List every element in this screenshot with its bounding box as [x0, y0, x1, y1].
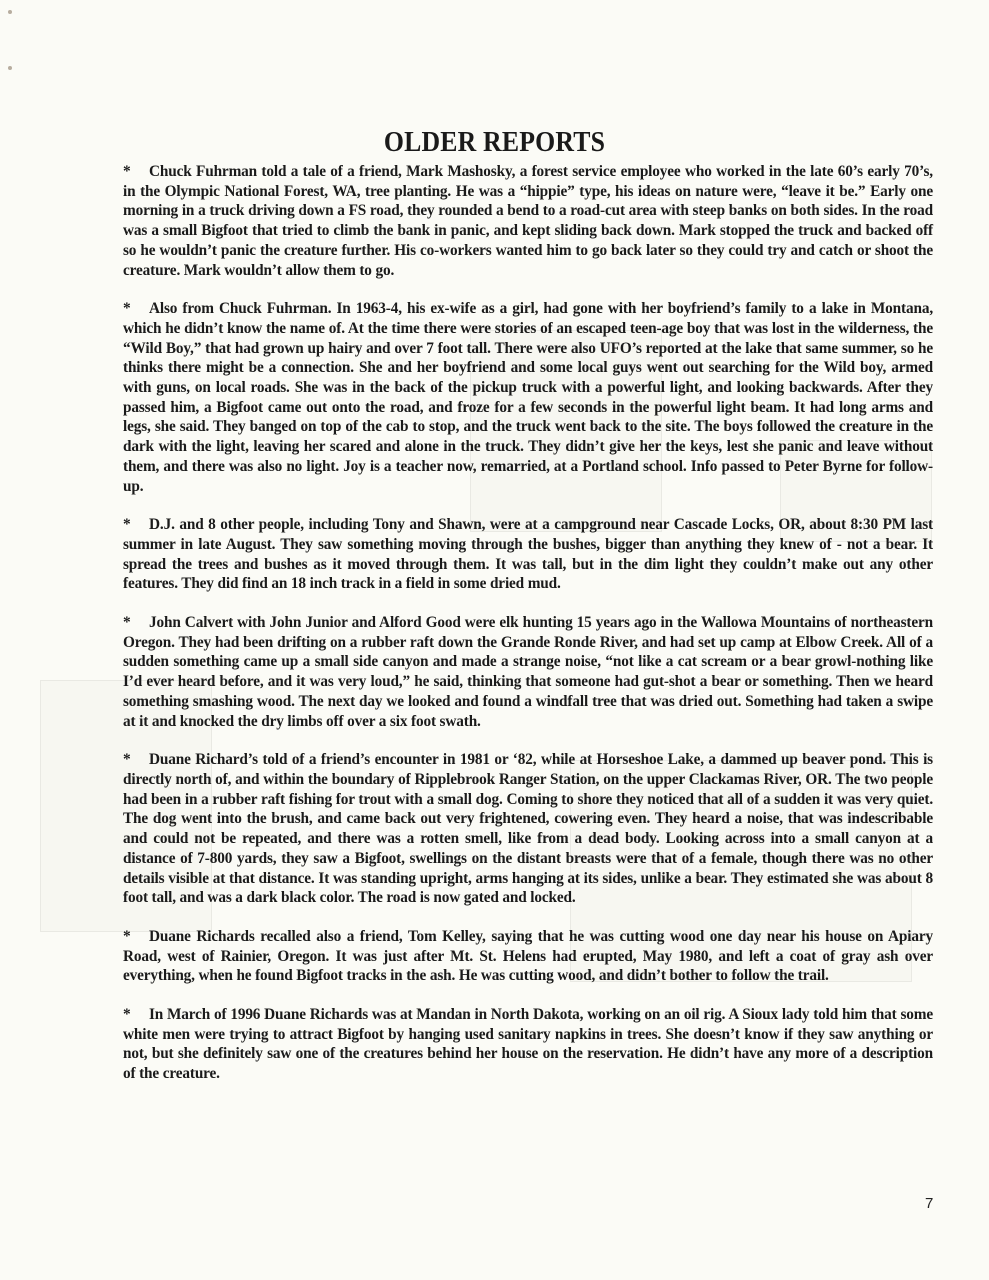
- report-text: John Calvert with John Junior and Alford…: [123, 614, 933, 730]
- report-text: Chuck Fuhrman told a tale of a friend, M…: [123, 163, 933, 279]
- report-paragraph: *Also from Chuck Fuhrman. In 1963-4, his…: [123, 299, 933, 496]
- report-text: Also from Chuck Fuhrman. In 1963-4, his …: [123, 300, 933, 494]
- page-title: OLDER REPORTS: [40, 127, 950, 159]
- report-paragraph: *Duane Richards recalled also a friend, …: [123, 927, 933, 986]
- report-text: Duane Richards recalled also a friend, T…: [123, 928, 933, 984]
- report-paragraph: *In March of 1996 Duane Richards was at …: [123, 1005, 933, 1084]
- bullet-asterisk: *: [123, 927, 149, 947]
- bullet-asterisk: *: [123, 299, 149, 319]
- scan-speck: [8, 10, 12, 14]
- page-number: 7: [925, 1195, 933, 1212]
- report-paragraph: *Chuck Fuhrman told a tale of a friend, …: [123, 162, 933, 280]
- report-paragraph: *D.J. and 8 other people, including Tony…: [123, 515, 933, 594]
- report-paragraph: *Duane Richard’s told of a friend’s enco…: [123, 750, 933, 908]
- scan-speck: [8, 66, 12, 70]
- report-text: In March of 1996 Duane Richards was at M…: [123, 1006, 933, 1082]
- bullet-asterisk: *: [123, 613, 149, 633]
- bullet-asterisk: *: [123, 515, 149, 535]
- report-text: D.J. and 8 other people, including Tony …: [123, 516, 933, 592]
- reports-list: *Chuck Fuhrman told a tale of a friend, …: [123, 162, 933, 1103]
- bullet-asterisk: *: [123, 1005, 149, 1025]
- report-text: Duane Richard’s told of a friend’s encou…: [123, 751, 933, 906]
- bullet-asterisk: *: [123, 750, 149, 770]
- bullet-asterisk: *: [123, 162, 149, 182]
- report-paragraph: *John Calvert with John Junior and Alfor…: [123, 613, 933, 731]
